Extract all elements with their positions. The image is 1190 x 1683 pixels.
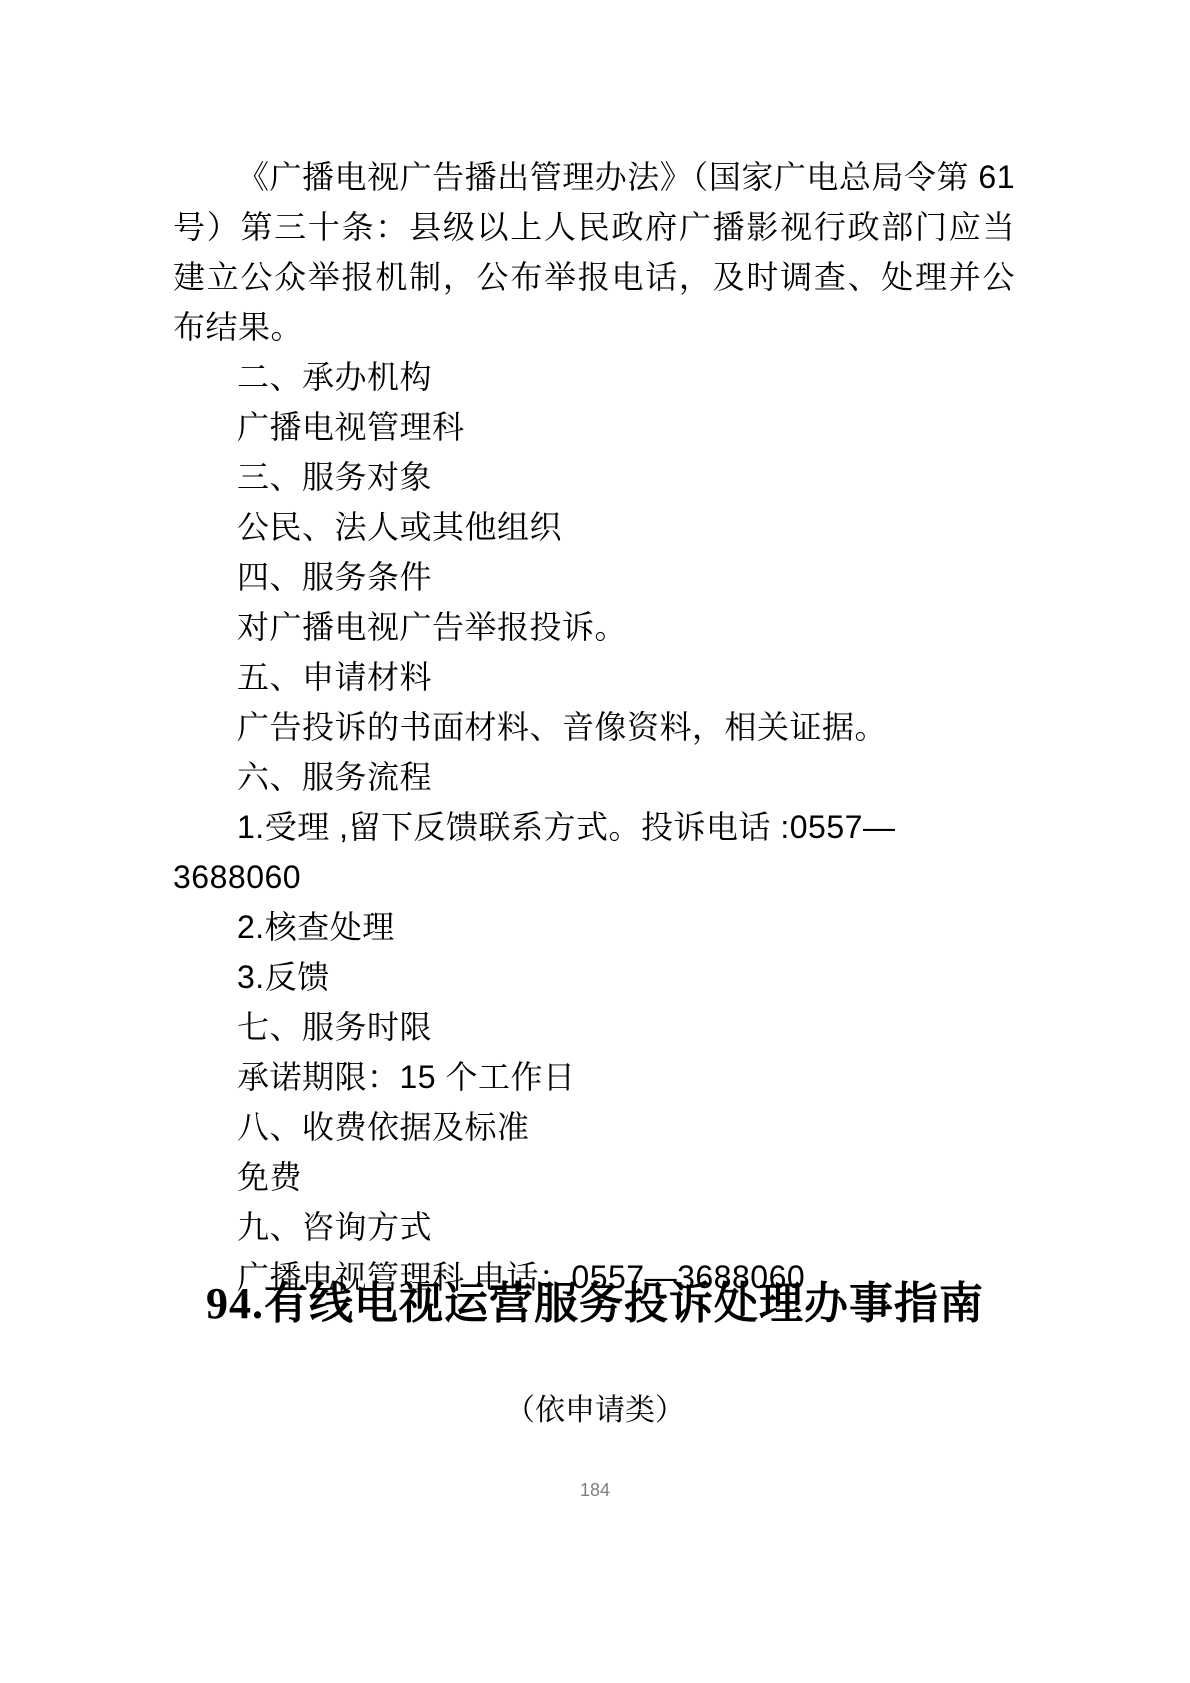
guide-94-title: 94.有线电视运营服务投诉处理办事指南 <box>0 1272 1190 1336</box>
document-body: 《广播电视广告播出管理办法》（国家广电总局令第 61 号）第三十条：县级以上人民… <box>173 152 1015 1302</box>
line-step-3-fankui: 3.反馈 <box>173 952 1015 1002</box>
line-step-2-hecha: 2.核查处理 <box>173 902 1015 952</box>
section-line-chengban-jigou: 二、承办机构 <box>173 352 1015 402</box>
section-line-fuwu-liucheng: 六、服务流程 <box>173 752 1015 802</box>
guide-94-subtitle: （依申请类） <box>0 1388 1190 1434</box>
line-step-1-shouli: 1.受理 ,留下反馈联系方式。投诉电话 :0557—3688060 <box>173 802 1015 902</box>
line-shumian-cailiao: 广告投诉的书面材料、音像资料，相关证据。 <box>173 702 1015 752</box>
section-line-fuwu-shixian: 七、服务时限 <box>173 1002 1015 1052</box>
line-jubaotousu: 对广播电视广告举报投诉。 <box>173 602 1015 652</box>
line-mianfei: 免费 <box>173 1152 1015 1202</box>
section-line-fuwu-tiaojian: 四、服务条件 <box>173 552 1015 602</box>
section-line-fuwu-duixiang: 三、服务对象 <box>173 452 1015 502</box>
line-gongmin-faren: 公民、法人或其他组织 <box>173 502 1015 552</box>
document-page: 《广播电视广告播出管理办法》（国家广电总局令第 61 号）第三十条：县级以上人民… <box>0 0 1190 1683</box>
line-guangbo-dianshi-guanlike: 广播电视管理科 <box>173 402 1015 452</box>
section-line-shoufei-yiju: 八、收费依据及标准 <box>173 1102 1015 1152</box>
section-line-shenqing-cailiao: 五、申请材料 <box>173 652 1015 702</box>
intro-paragraph: 《广播电视广告播出管理办法》（国家广电总局令第 61 号）第三十条：县级以上人民… <box>173 152 1015 352</box>
section-line-zixun-fangshi: 九、咨询方式 <box>173 1202 1015 1252</box>
line-chengnuo-qixian: 承诺期限：15 个工作日 <box>173 1052 1015 1102</box>
page-number: 184 <box>0 1478 1190 1502</box>
